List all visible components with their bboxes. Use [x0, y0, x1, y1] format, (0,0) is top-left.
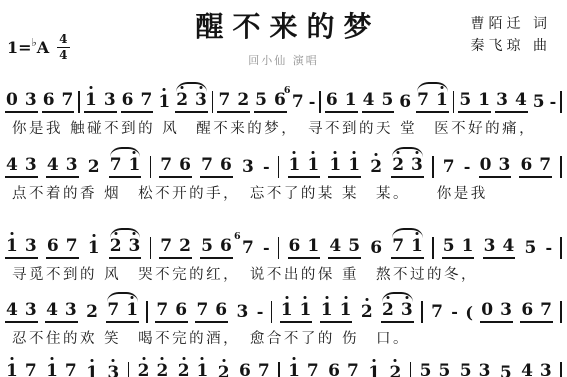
- note-group: 67: [46, 238, 79, 259]
- note: 7: [443, 159, 455, 176]
- note: 5: [524, 240, 536, 257]
- note: 3: [500, 302, 512, 319]
- octave-dot: [405, 296, 408, 299]
- barline: [78, 91, 80, 113]
- open-paren: (: [465, 305, 473, 323]
- note: 7: [540, 302, 552, 319]
- barline: [278, 362, 280, 377]
- octave-dot: [133, 232, 136, 235]
- note: 5: [381, 92, 393, 109]
- octave-dot: [131, 296, 134, 299]
- note: 1: [46, 363, 58, 377]
- note: 7: [141, 92, 153, 109]
- octave-dot: [199, 86, 202, 89]
- music-system: 434327176763-11112237-(0367忍不住的欢 笑 喝不完的酒…: [5, 296, 562, 348]
- note: 6: [289, 238, 301, 255]
- score: 03671367123725676-614567151345-你是我 触碰不到的…: [0, 82, 567, 377]
- key-signature: 1=♭A 4 4: [7, 33, 70, 61]
- note-group: 13: [5, 238, 38, 259]
- note: 2: [110, 238, 122, 255]
- note-group: 2: [360, 304, 374, 323]
- note-group: 3: [236, 304, 250, 323]
- dash: -: [309, 94, 316, 113]
- note: 1: [289, 157, 301, 174]
- note-group: 22: [137, 363, 170, 377]
- note-group: 76: [241, 240, 255, 259]
- barline: [560, 301, 562, 323]
- barline: [560, 237, 562, 259]
- note-group: 2: [217, 365, 231, 377]
- octave-dot: [293, 151, 296, 154]
- octave-dot: [89, 86, 92, 89]
- barline: [212, 91, 214, 113]
- note: 1: [86, 365, 98, 377]
- note: 5: [255, 92, 267, 109]
- note-group: 11: [288, 157, 321, 178]
- note: 1: [281, 302, 293, 319]
- note-group: 3: [106, 365, 120, 377]
- barline: [560, 156, 562, 178]
- note-group: 5: [499, 365, 513, 377]
- note-group: 11: [320, 302, 353, 323]
- note: 3: [129, 238, 141, 255]
- note-group: 17: [45, 363, 78, 377]
- note: 7: [160, 238, 172, 255]
- note-group: 67: [519, 157, 552, 178]
- note: 3: [540, 363, 552, 377]
- slurred-note-group: 71: [391, 238, 424, 259]
- note: 6: [122, 92, 134, 109]
- note: 3: [498, 157, 510, 174]
- key-letter: A: [37, 38, 49, 57]
- note: 1: [368, 365, 380, 377]
- note: 1: [340, 302, 352, 319]
- octave-dot: [375, 153, 378, 156]
- note: 1: [462, 238, 474, 255]
- note: 7: [347, 363, 359, 377]
- time-signature: 4 4: [57, 33, 69, 61]
- octave-dot: [142, 357, 145, 360]
- note-group: 67: [327, 363, 360, 377]
- note: 2: [88, 159, 100, 176]
- note: 7: [417, 92, 429, 109]
- note: 2: [389, 365, 401, 377]
- note: 1: [197, 363, 209, 377]
- note: 6: [47, 238, 59, 255]
- note-group: 72: [217, 92, 250, 113]
- note-group: 2: [388, 365, 402, 377]
- note: 7: [25, 363, 37, 377]
- note-group: 56: [254, 92, 287, 113]
- music-system: 03671367123725676-614567151345-你是我 触碰不到的…: [5, 86, 562, 138]
- note: 0: [481, 302, 493, 319]
- note: 4: [47, 157, 59, 174]
- note: 7: [65, 363, 77, 377]
- note: 1: [436, 92, 448, 109]
- note: 6: [370, 240, 382, 257]
- octave-dot: [10, 357, 13, 360]
- sheet-header: 醒不来的梦 回小仙 演唱 1=♭A 4 4 曹陌迁 词 秦飞琼 曲: [0, 0, 567, 82]
- barline: [278, 156, 280, 178]
- note: 0: [480, 157, 492, 174]
- note-group: 76: [200, 157, 233, 178]
- octave-dot: [397, 151, 400, 154]
- note-row: 03671367123725676-614567151345-: [5, 86, 562, 113]
- note-group: 43: [45, 302, 78, 323]
- octave-dot: [394, 359, 397, 362]
- barline: [453, 91, 455, 113]
- octave-dot: [112, 359, 115, 362]
- note-group: 2: [87, 159, 101, 178]
- note: 3: [66, 157, 78, 174]
- octave-dot: [440, 86, 443, 89]
- note-group: 45: [362, 92, 395, 113]
- note: 4: [521, 363, 533, 377]
- note: 4: [329, 238, 341, 255]
- dash: -: [545, 240, 552, 259]
- note: 3: [104, 92, 116, 109]
- octave-dot: [415, 232, 418, 235]
- note-group: 51: [458, 92, 491, 113]
- time-signature-denominator: 4: [59, 48, 67, 62]
- note: 1: [88, 240, 100, 257]
- note-group: 43: [520, 363, 553, 377]
- note: 3: [107, 365, 119, 377]
- note: 76: [292, 94, 304, 111]
- barline: [128, 362, 130, 377]
- note: 4: [515, 92, 527, 109]
- note-group: 5: [523, 240, 537, 259]
- note: 1: [6, 363, 18, 377]
- note-group: 61: [288, 238, 321, 259]
- octave-dot: [304, 296, 307, 299]
- note: 7: [66, 238, 78, 255]
- note-group: 72: [159, 238, 192, 259]
- barline: [150, 237, 152, 259]
- octave-dot: [133, 151, 136, 154]
- octave-dot: [386, 296, 389, 299]
- music-system: 1367123725676-614567151345-寻觅不到的 风 哭不完的红…: [5, 232, 562, 284]
- note: 5: [460, 363, 472, 377]
- octave-dot: [365, 298, 368, 301]
- octave-dot: [222, 359, 225, 362]
- lyricist-credit: 曹陌迁 词: [471, 13, 551, 35]
- note-group: 03: [5, 92, 38, 113]
- note-row: 434327176763-11112237-0367: [5, 151, 562, 178]
- octave-dot: [181, 86, 184, 89]
- note: 76: [242, 240, 254, 257]
- note: 6: [521, 302, 533, 319]
- note: 1: [329, 157, 341, 174]
- note: 3: [401, 302, 413, 319]
- octave-dot: [91, 359, 94, 362]
- dash: -: [263, 240, 270, 259]
- lyrics-line: 你是我 触碰不到的 风 醒不来的梦， 寻不到的天 堂 医不好的痛，: [5, 117, 562, 138]
- note-group: 13: [84, 92, 117, 113]
- note-group: 56: [200, 238, 233, 259]
- note: 6: [43, 92, 55, 109]
- slurred-note-group: 71: [106, 302, 139, 323]
- note: 5: [420, 363, 432, 377]
- note: 2: [176, 92, 188, 109]
- octave-dot: [373, 359, 376, 362]
- note-group: 03: [479, 157, 512, 178]
- note: 6: [220, 157, 232, 174]
- note: 7: [201, 157, 213, 174]
- composer-credit: 秦飞琼 曲: [471, 35, 551, 57]
- octave-dot: [163, 88, 166, 91]
- note-group: 34: [495, 92, 528, 113]
- note-group: 67: [238, 363, 271, 377]
- note: 6: [326, 92, 338, 109]
- note-group: 21: [177, 363, 210, 377]
- note: 2: [237, 92, 249, 109]
- flat-symbol: ♭: [32, 36, 37, 49]
- note-group: 7: [430, 304, 444, 323]
- slurred-note-group: 23: [381, 302, 414, 323]
- slurred-note-group: 71: [416, 92, 449, 113]
- barline: [560, 362, 562, 377]
- barline: [271, 301, 273, 323]
- octave-dot: [415, 151, 418, 154]
- note: 1: [348, 157, 360, 174]
- note: 2: [361, 304, 373, 321]
- note: 7: [196, 302, 208, 319]
- credits: 曹陌迁 词 秦飞琼 曲: [471, 13, 551, 58]
- barline: [319, 91, 321, 113]
- octave-dot: [10, 232, 13, 235]
- octave-dot: [201, 357, 204, 360]
- barline: [146, 301, 148, 323]
- dash: -: [464, 159, 471, 178]
- key-prefix: 1=: [7, 38, 32, 57]
- note: 7: [307, 363, 319, 377]
- note: 6: [328, 363, 340, 377]
- note: 4: [363, 92, 375, 109]
- note: 7: [431, 304, 443, 321]
- note-group: 1: [367, 365, 381, 377]
- octave-dot: [92, 234, 95, 237]
- note: 4: [6, 302, 18, 319]
- note: 6: [175, 302, 187, 319]
- octave-dot: [292, 357, 295, 360]
- note: 1: [345, 92, 357, 109]
- note: 2: [86, 304, 98, 321]
- note-group: 67: [121, 92, 154, 113]
- lyrics-line: 忍不住的欢 笑 喝不完的酒， 愈合不了的 伤 口。: [5, 327, 562, 348]
- note-group: 2: [85, 304, 99, 323]
- octave-dot: [312, 151, 315, 154]
- note: 7: [107, 302, 119, 319]
- barline: [421, 301, 423, 323]
- music-system: 17171322212671767125553543: [5, 357, 562, 377]
- dash: -: [257, 304, 264, 323]
- lyrics-line: 寻觅不到的 风 哭不完的红， 说不出的保 重 熬不过的冬，: [5, 263, 562, 284]
- note: 5: [439, 363, 451, 377]
- note-group: 76: [155, 302, 188, 323]
- dash: -: [263, 159, 270, 178]
- barline: [150, 156, 152, 178]
- note: 3: [25, 238, 37, 255]
- note: 2: [392, 157, 404, 174]
- note: 6: [239, 363, 251, 377]
- note: 6: [220, 238, 232, 255]
- octave-dot: [353, 151, 356, 154]
- note: 4: [502, 238, 514, 255]
- octave-dot: [344, 296, 347, 299]
- note: 5: [533, 94, 545, 111]
- note: 2: [178, 363, 190, 377]
- note-group: 5: [532, 94, 546, 113]
- note: 1: [158, 94, 170, 111]
- slurred-note-group: 23: [109, 238, 142, 259]
- note: 1: [85, 92, 97, 109]
- note-group: 17: [5, 363, 38, 377]
- note: 3: [25, 302, 37, 319]
- note: 1: [307, 238, 319, 255]
- note: 3: [195, 92, 207, 109]
- note-group: 43: [46, 157, 79, 178]
- note-group: 43: [5, 302, 38, 323]
- note-group: 11: [328, 157, 361, 178]
- note: 3: [237, 304, 249, 321]
- note: 2: [179, 238, 191, 255]
- note-row: 17171322212671767125553543: [5, 357, 562, 377]
- note-group: 1: [157, 94, 171, 113]
- note: 2: [218, 365, 230, 377]
- note: 1: [300, 302, 312, 319]
- note: 0: [6, 92, 18, 109]
- note-group: 76: [291, 94, 305, 113]
- note-group: 45: [328, 238, 361, 259]
- octave-dot: [182, 357, 185, 360]
- note: 7: [160, 157, 172, 174]
- note-group: 3: [241, 159, 255, 178]
- note-group: 55: [419, 363, 452, 377]
- note: 1: [288, 363, 300, 377]
- octave-dot: [334, 151, 337, 154]
- note: 7: [258, 363, 270, 377]
- barline: [560, 91, 562, 113]
- note-group: 6: [398, 94, 412, 113]
- note: 2: [138, 363, 150, 377]
- note: 1: [478, 92, 490, 109]
- note-group: 17: [287, 363, 320, 377]
- note-group: 76: [159, 157, 192, 178]
- note: 5: [500, 365, 512, 377]
- music-system: 434327176763-11112237-0367点不着的香 烟 松不开的手，…: [5, 151, 562, 203]
- note-group: 67: [42, 92, 75, 113]
- note: 6: [520, 157, 532, 174]
- slurred-note-group: 23: [391, 157, 424, 178]
- note: 1: [126, 302, 138, 319]
- note: 5: [348, 238, 360, 255]
- note: 3: [496, 92, 508, 109]
- barline: [410, 362, 412, 377]
- note: 7: [156, 302, 168, 319]
- note-group: 43: [5, 157, 38, 178]
- note: 2: [382, 302, 394, 319]
- note-group: 6: [369, 240, 383, 259]
- note: 2: [156, 363, 168, 377]
- note: 1: [321, 302, 333, 319]
- note: 7: [539, 157, 551, 174]
- note-group: 1: [85, 365, 99, 377]
- dash: -: [451, 304, 458, 323]
- note: 5: [201, 238, 213, 255]
- note-group: 53: [459, 363, 492, 377]
- note: 6: [179, 157, 191, 174]
- note: 5: [459, 92, 471, 109]
- grace-note: 6: [234, 232, 241, 242]
- note: 3: [484, 238, 496, 255]
- note: 3: [242, 159, 254, 176]
- octave-dot: [325, 296, 328, 299]
- barline: [432, 156, 434, 178]
- octave-dot: [161, 357, 164, 360]
- note: 7: [110, 157, 122, 174]
- note: 6: [399, 94, 411, 111]
- note-group: 34: [483, 238, 516, 259]
- lyrics-line: 点不着的香 烟 松不开的手， 忘不了的某 某 某。 你是我: [5, 182, 562, 203]
- slurred-note-group: 23: [175, 92, 208, 113]
- note: 3: [65, 302, 77, 319]
- note: 1: [6, 238, 18, 255]
- note: 1: [411, 238, 423, 255]
- note: 3: [411, 157, 423, 174]
- octave-dot: [51, 357, 54, 360]
- time-signature-numerator: 4: [57, 33, 69, 48]
- slurred-note-group: 71: [109, 157, 142, 178]
- note-row: 1367123725676-614567151345-: [5, 232, 562, 259]
- note: 5: [443, 238, 455, 255]
- note: 7: [218, 92, 230, 109]
- note: 7: [62, 92, 74, 109]
- note-group: 51: [442, 238, 475, 259]
- note: 3: [479, 363, 491, 377]
- octave-dot: [114, 232, 117, 235]
- octave-dot: [285, 296, 288, 299]
- note-group: 1: [87, 240, 101, 259]
- note-group: 76: [195, 302, 228, 323]
- note-group: 61: [325, 92, 358, 113]
- note: 3: [25, 92, 37, 109]
- grace-note: 6: [284, 86, 291, 96]
- barline: [278, 237, 280, 259]
- note: 3: [25, 157, 37, 174]
- dash: -: [550, 94, 557, 113]
- note: 2: [370, 159, 382, 176]
- note-row: 434327176763-11112237-(0367: [5, 296, 562, 323]
- note: 4: [6, 157, 18, 174]
- note-group: 67: [520, 302, 553, 323]
- note: 1: [307, 157, 319, 174]
- note-group: 7: [442, 159, 456, 178]
- barline: [432, 237, 434, 259]
- note: 7: [392, 238, 404, 255]
- note: 6: [215, 302, 227, 319]
- note: 1: [129, 157, 141, 174]
- note-group: 03: [480, 302, 513, 323]
- note-group: 2: [369, 159, 383, 178]
- note-group: 11: [280, 302, 313, 323]
- note: 4: [46, 302, 58, 319]
